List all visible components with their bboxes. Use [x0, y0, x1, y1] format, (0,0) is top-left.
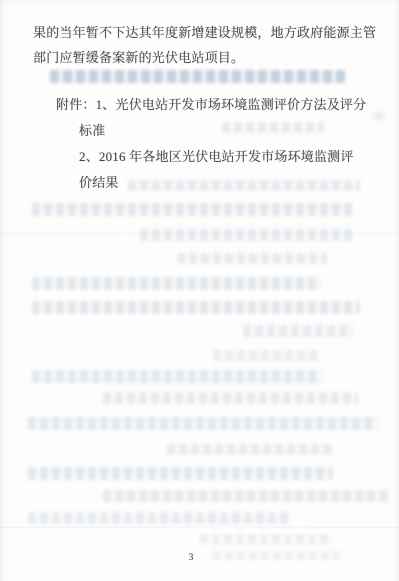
bleed-through-text-row [32, 203, 353, 216]
bleed-through-text-row [128, 180, 360, 191]
scan-fold-line [0, 527, 399, 528]
bleed-through-text-row [200, 534, 333, 544]
bleed-through-text-row [28, 512, 290, 524]
attachment-line-2: 标准 [79, 123, 105, 138]
attachment-line-3: 2、2016 年各地区光伏电站开发市场环境监测评 [79, 149, 354, 164]
bleed-through-text-row [140, 229, 353, 241]
bleed-through-text-row [32, 370, 321, 383]
bleed-through-text-row [103, 392, 358, 404]
document-page: 果的当年暂不下达其年度新增建设规模，地方政府能源主管 部门应暂缓备案新的光伏电站… [0, 0, 399, 581]
bleed-through-text-row [103, 490, 390, 502]
attachment-line-1: 附件：1、光伏电站开发市场环境监测评价方法及评分 [56, 97, 366, 112]
bleed-through-text-row [222, 122, 324, 133]
bleed-through-text-row [50, 70, 345, 83]
body-text-line-2: 部门应暂缓备案新的光伏电站项目。 [33, 50, 244, 65]
scan-fold-line [0, 233, 399, 234]
bleed-through-text-row [213, 350, 321, 361]
bleed-through-text-row [243, 325, 353, 337]
scan-smudge [373, 110, 385, 122]
bleed-through-text-row [32, 277, 321, 290]
body-text-line-1: 果的当年暂不下达其年度新增建设规模，地方政府能源主管 [33, 25, 376, 40]
bleed-through-text-row [213, 551, 340, 560]
bleed-through-text-row [28, 467, 333, 480]
page-number: 3 [182, 553, 200, 563]
attachment-line-4: 价结果 [79, 175, 119, 190]
bleed-through-text-row [32, 301, 360, 314]
bleed-through-text-row [177, 253, 327, 264]
bleed-through-text-row [167, 444, 333, 455]
bleed-through-text-row [28, 417, 377, 430]
